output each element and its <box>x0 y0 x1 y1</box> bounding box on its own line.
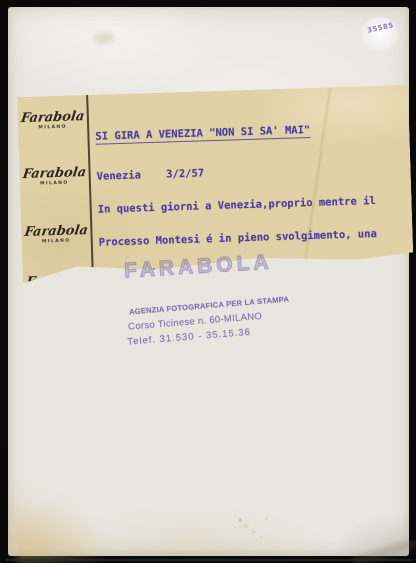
caption-headline-text: SI GIRA A VENEZIA "NON SI SA' MAI" <box>95 124 310 144</box>
farabola-logo: Farabola MILANO <box>21 219 91 245</box>
serial-sticker-circle <box>360 17 400 53</box>
caption-dateline: Venezia 3/2/57 <box>97 162 405 183</box>
farabola-logo: Farabola MILANO <box>19 161 89 187</box>
farabola-logo-text: Farabola <box>20 111 85 125</box>
farabola-logo-partial: Farabola <box>23 269 93 283</box>
photo-back: 35585 Farabola MILANO Farabola MILANO Fa… <box>8 7 409 556</box>
farabola-logo-text: Farabola <box>23 225 88 239</box>
aging-stain-small <box>94 33 114 43</box>
agency-address-stamp: AGENZIA FOTOGRAFICA PER LA STAMPA Corso … <box>129 295 292 348</box>
farabola-logo-text: Farabola <box>22 167 87 181</box>
caption-body-line: Processo Montesi é in pieno svolgimento,… <box>99 228 407 249</box>
aging-stain-spots <box>230 505 282 543</box>
aging-stain-corner <box>16 505 111 563</box>
column-divider-line <box>86 95 94 281</box>
caption-body-line: In questi giorni a Venezia,proprio mentr… <box>98 195 406 216</box>
farabola-logo-text: Farabola <box>25 275 90 283</box>
caption-headline: SI GIRA A VENEZIA "NON SI SA' MAI" <box>95 122 403 143</box>
mat-edge-line <box>6 559 412 561</box>
farabola-logo: Farabola MILANO <box>17 105 87 131</box>
scan-background: 35585 Farabola MILANO Farabola MILANO Fa… <box>0 0 416 563</box>
